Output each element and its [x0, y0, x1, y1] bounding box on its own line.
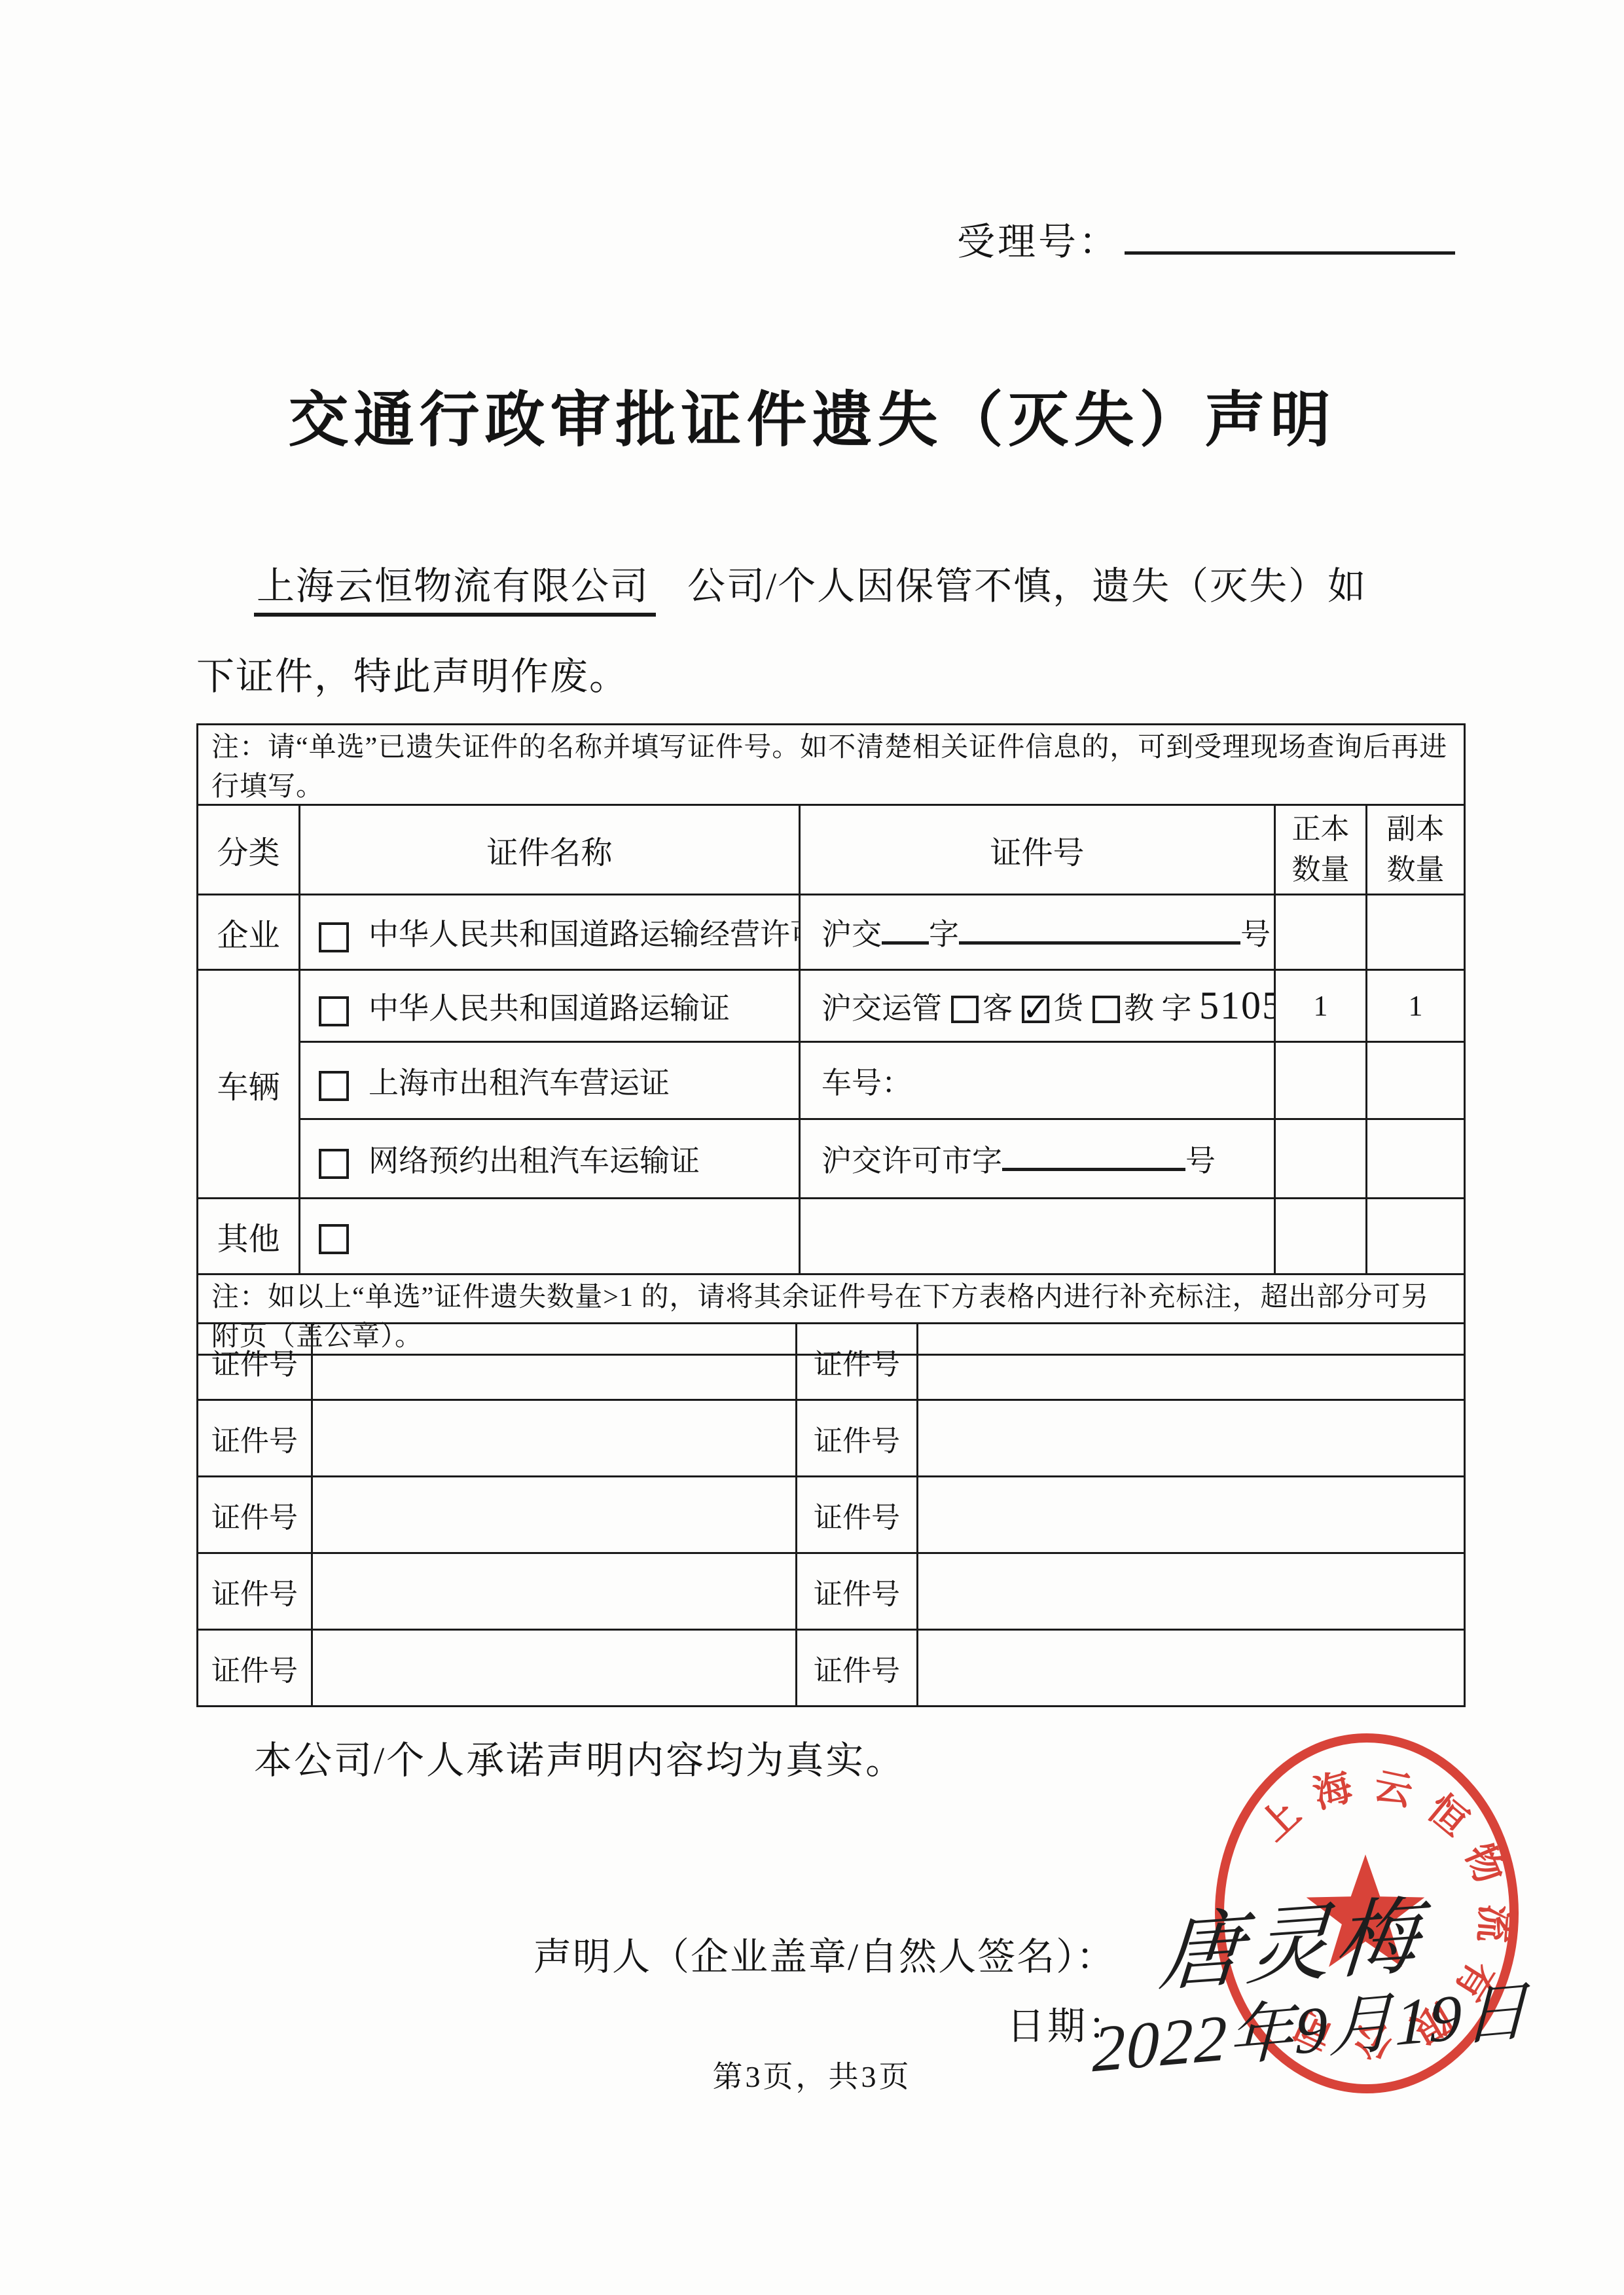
extra-cert-blank: [918, 1324, 1465, 1400]
category-vehicle: 车辆: [198, 970, 300, 1199]
cert-number-value: 510580: [1199, 984, 1275, 1027]
row-road-transport-permit: 企业 中华人民共和国道路运输经营许可证 沪交字号: [198, 895, 1465, 970]
truth-declaration: 本公司/个人承诺声明内容均为真实。: [254, 1729, 905, 1784]
header-original-qty: 正本 数量: [1275, 805, 1367, 895]
row-other: 其他: [198, 1199, 1465, 1274]
extra-cert-label: 证件号: [198, 1553, 312, 1630]
cert-name-cell: [300, 1199, 800, 1274]
original-qty-cell: [1275, 895, 1367, 970]
option-freight-label: 货: [1053, 992, 1083, 1025]
cert-name-cell: 网络预约出租汽车运输证: [300, 1119, 800, 1199]
vehicle-number-label: 车号：: [821, 1066, 912, 1100]
extra-cert-blank: [312, 1324, 797, 1400]
seal-char: 恒: [1420, 1786, 1476, 1843]
intro-line-1: 上海云恒物流有限公司公司/个人因保管不慎，遗失（灭失）如: [254, 555, 1367, 610]
cert-name-road-transport-certificate: 中华人民共和国道路运输证: [369, 992, 730, 1025]
category-other: 其他: [198, 1199, 300, 1274]
cert-number-cell: 沪交运管客货教 字 510580: [800, 970, 1275, 1042]
original-qty-cell: [1275, 1042, 1367, 1119]
original-qty-cell: [1275, 1199, 1367, 1274]
cert-number-cell: 沪交许可市字号: [800, 1119, 1275, 1199]
header-cert-name: 证件名称: [300, 805, 800, 895]
checkbox-road-transport-certificate: [319, 996, 349, 1026]
extra-cert-blank: [312, 1553, 797, 1630]
header-copy-qty: 副本 数量: [1367, 805, 1465, 895]
cert-number-suffix: 号: [1185, 1144, 1216, 1178]
cert-name-cell: 中华人民共和国道路运输证: [300, 970, 800, 1042]
declarant-label: 声明人（企业盖章/自然人签名）：: [533, 1926, 1115, 1981]
acceptance-number-blank: [1125, 245, 1455, 255]
intro-line-1-text: 公司/个人因保管不慎，遗失（灭失）如: [687, 565, 1367, 607]
company-name-underlined: 上海云恒物流有限公司: [254, 565, 656, 617]
extra-cert-label: 证件号: [797, 1553, 918, 1630]
header-category: 分类: [198, 805, 300, 895]
cert-name-road-transport-operating-permit: 中华人民共和国道路运输经营许可证: [369, 918, 800, 951]
header-copy-qty-line1: 副本: [1368, 809, 1463, 850]
cert-number-suffix: 号: [1240, 918, 1271, 951]
extra-cert-blank: [312, 1630, 797, 1707]
cert-number-prefix: 沪交许可市字: [821, 1144, 1002, 1178]
page-title: 交通行政审批证件遗失（灭失）声明: [0, 372, 1624, 458]
cert-number-mid: 字: [929, 918, 959, 951]
row-taxi-operation-certificate: 上海市出租汽车营运证 车号：: [198, 1042, 1465, 1119]
extra-cert-number-table: 证件号 证件号 证件号 证件号 证件号 证件号 证件号 证件号 证件号 证件号: [196, 1322, 1466, 1707]
extra-cert-label: 证件号: [198, 1477, 312, 1553]
acceptance-number-line: 受理号：: [957, 211, 1455, 266]
category-enterprise: 企业: [198, 895, 300, 970]
original-qty-cell: 1: [1275, 970, 1367, 1042]
acceptance-number-label: 受理号：: [957, 221, 1119, 263]
copy-qty-cell: [1367, 895, 1465, 970]
copy-qty-cell: [1367, 1119, 1465, 1199]
cert-number-prefix: 沪交运管: [821, 992, 942, 1025]
extra-cert-blank: [312, 1400, 797, 1477]
extra-cert-row: 证件号 证件号: [198, 1324, 1465, 1400]
cert-name-cell: 上海市出租汽车营运证: [300, 1042, 800, 1119]
cert-name-online-taxi-certificate: 网络预约出租汽车运输证: [369, 1144, 700, 1178]
certificate-table: 注：请“单选”已遗失证件的名称并填写证件号。如不清楚相关证件信息的，可到受理现场…: [196, 723, 1466, 1356]
extra-cert-label: 证件号: [797, 1400, 918, 1477]
table-note-1: 注：请“单选”已遗失证件的名称并填写证件号。如不清楚相关证件信息的，可到受理现场…: [198, 725, 1465, 805]
checkbox-online-taxi-certificate: [319, 1149, 349, 1179]
checkbox-road-transport-operating-permit: [319, 922, 349, 952]
extra-cert-label: 证件号: [797, 1630, 918, 1707]
extra-cert-row: 证件号 证件号: [198, 1553, 1465, 1630]
header-cert-number: 证件号: [800, 805, 1275, 895]
cert-number-cell: [800, 1199, 1275, 1274]
seal-char: 上: [1252, 1792, 1308, 1849]
extra-cert-blank: [918, 1400, 1465, 1477]
cert-number-prefix: 沪交: [821, 918, 882, 951]
extra-cert-blank: [918, 1630, 1465, 1707]
seal-char: 流: [1471, 1903, 1516, 1944]
checkbox-other: [319, 1224, 349, 1254]
header-original-qty-line2: 数量: [1276, 850, 1365, 890]
original-qty-cell: [1275, 1119, 1367, 1199]
cert-number-blank: [1002, 1163, 1185, 1171]
cert-number-cell: 车号：: [800, 1042, 1275, 1119]
scanned-declaration-page: 受理号： 交通行政审批证件遗失（灭失）声明 上海云恒物流有限公司公司/个人因保管…: [0, 0, 1624, 2295]
checkbox-passenger: [951, 996, 979, 1023]
extra-cert-blank: [918, 1477, 1465, 1553]
seal-char: 海: [1308, 1765, 1356, 1816]
copy-qty-cell: [1367, 1199, 1465, 1274]
extra-cert-label: 证件号: [198, 1630, 312, 1707]
header-copy-qty-line2: 数量: [1368, 850, 1463, 890]
option-passenger-label: 客: [983, 992, 1013, 1025]
checkbox-taxi-operation-certificate: [319, 1071, 349, 1101]
extra-cert-blank: [312, 1477, 797, 1553]
row-road-transport-certificate: 车辆 中华人民共和国道路运输证 沪交运管客货教 字 510580 1 1: [198, 970, 1465, 1042]
extra-cert-label: 证件号: [797, 1477, 918, 1553]
cert-number-blank-2: [959, 936, 1240, 945]
extra-cert-blank: [918, 1553, 1465, 1630]
header-original-qty-line1: 正本: [1276, 809, 1365, 850]
copy-qty-cell: 1: [1367, 970, 1465, 1042]
copy-qty-cell: [1367, 1042, 1465, 1119]
extra-cert-label: 证件号: [797, 1324, 918, 1400]
cert-number-blank-1: [882, 936, 929, 945]
extra-cert-label: 证件号: [198, 1400, 312, 1477]
extra-cert-label: 证件号: [198, 1324, 312, 1400]
seal-char: 云: [1370, 1764, 1416, 1814]
cert-name-taxi-operation-certificate: 上海市出租汽车营运证: [369, 1066, 670, 1100]
cert-number-cell: 沪交字号: [800, 895, 1275, 970]
extra-cert-row: 证件号 证件号: [198, 1400, 1465, 1477]
option-training-label: 教: [1124, 992, 1154, 1025]
checkbox-freight-checked: [1022, 996, 1049, 1023]
extra-cert-row: 证件号 证件号: [198, 1630, 1465, 1707]
extra-cert-row: 证件号 证件号: [198, 1477, 1465, 1553]
cert-number-mid: 字: [1162, 992, 1192, 1025]
checkbox-training: [1092, 996, 1120, 1023]
row-online-taxi-certificate: 网络预约出租汽车运输证 沪交许可市字号: [198, 1119, 1465, 1199]
cert-name-cell: 中华人民共和国道路运输经营许可证: [300, 895, 800, 970]
intro-line-2: 下证件，特此声明作废。: [196, 645, 628, 700]
